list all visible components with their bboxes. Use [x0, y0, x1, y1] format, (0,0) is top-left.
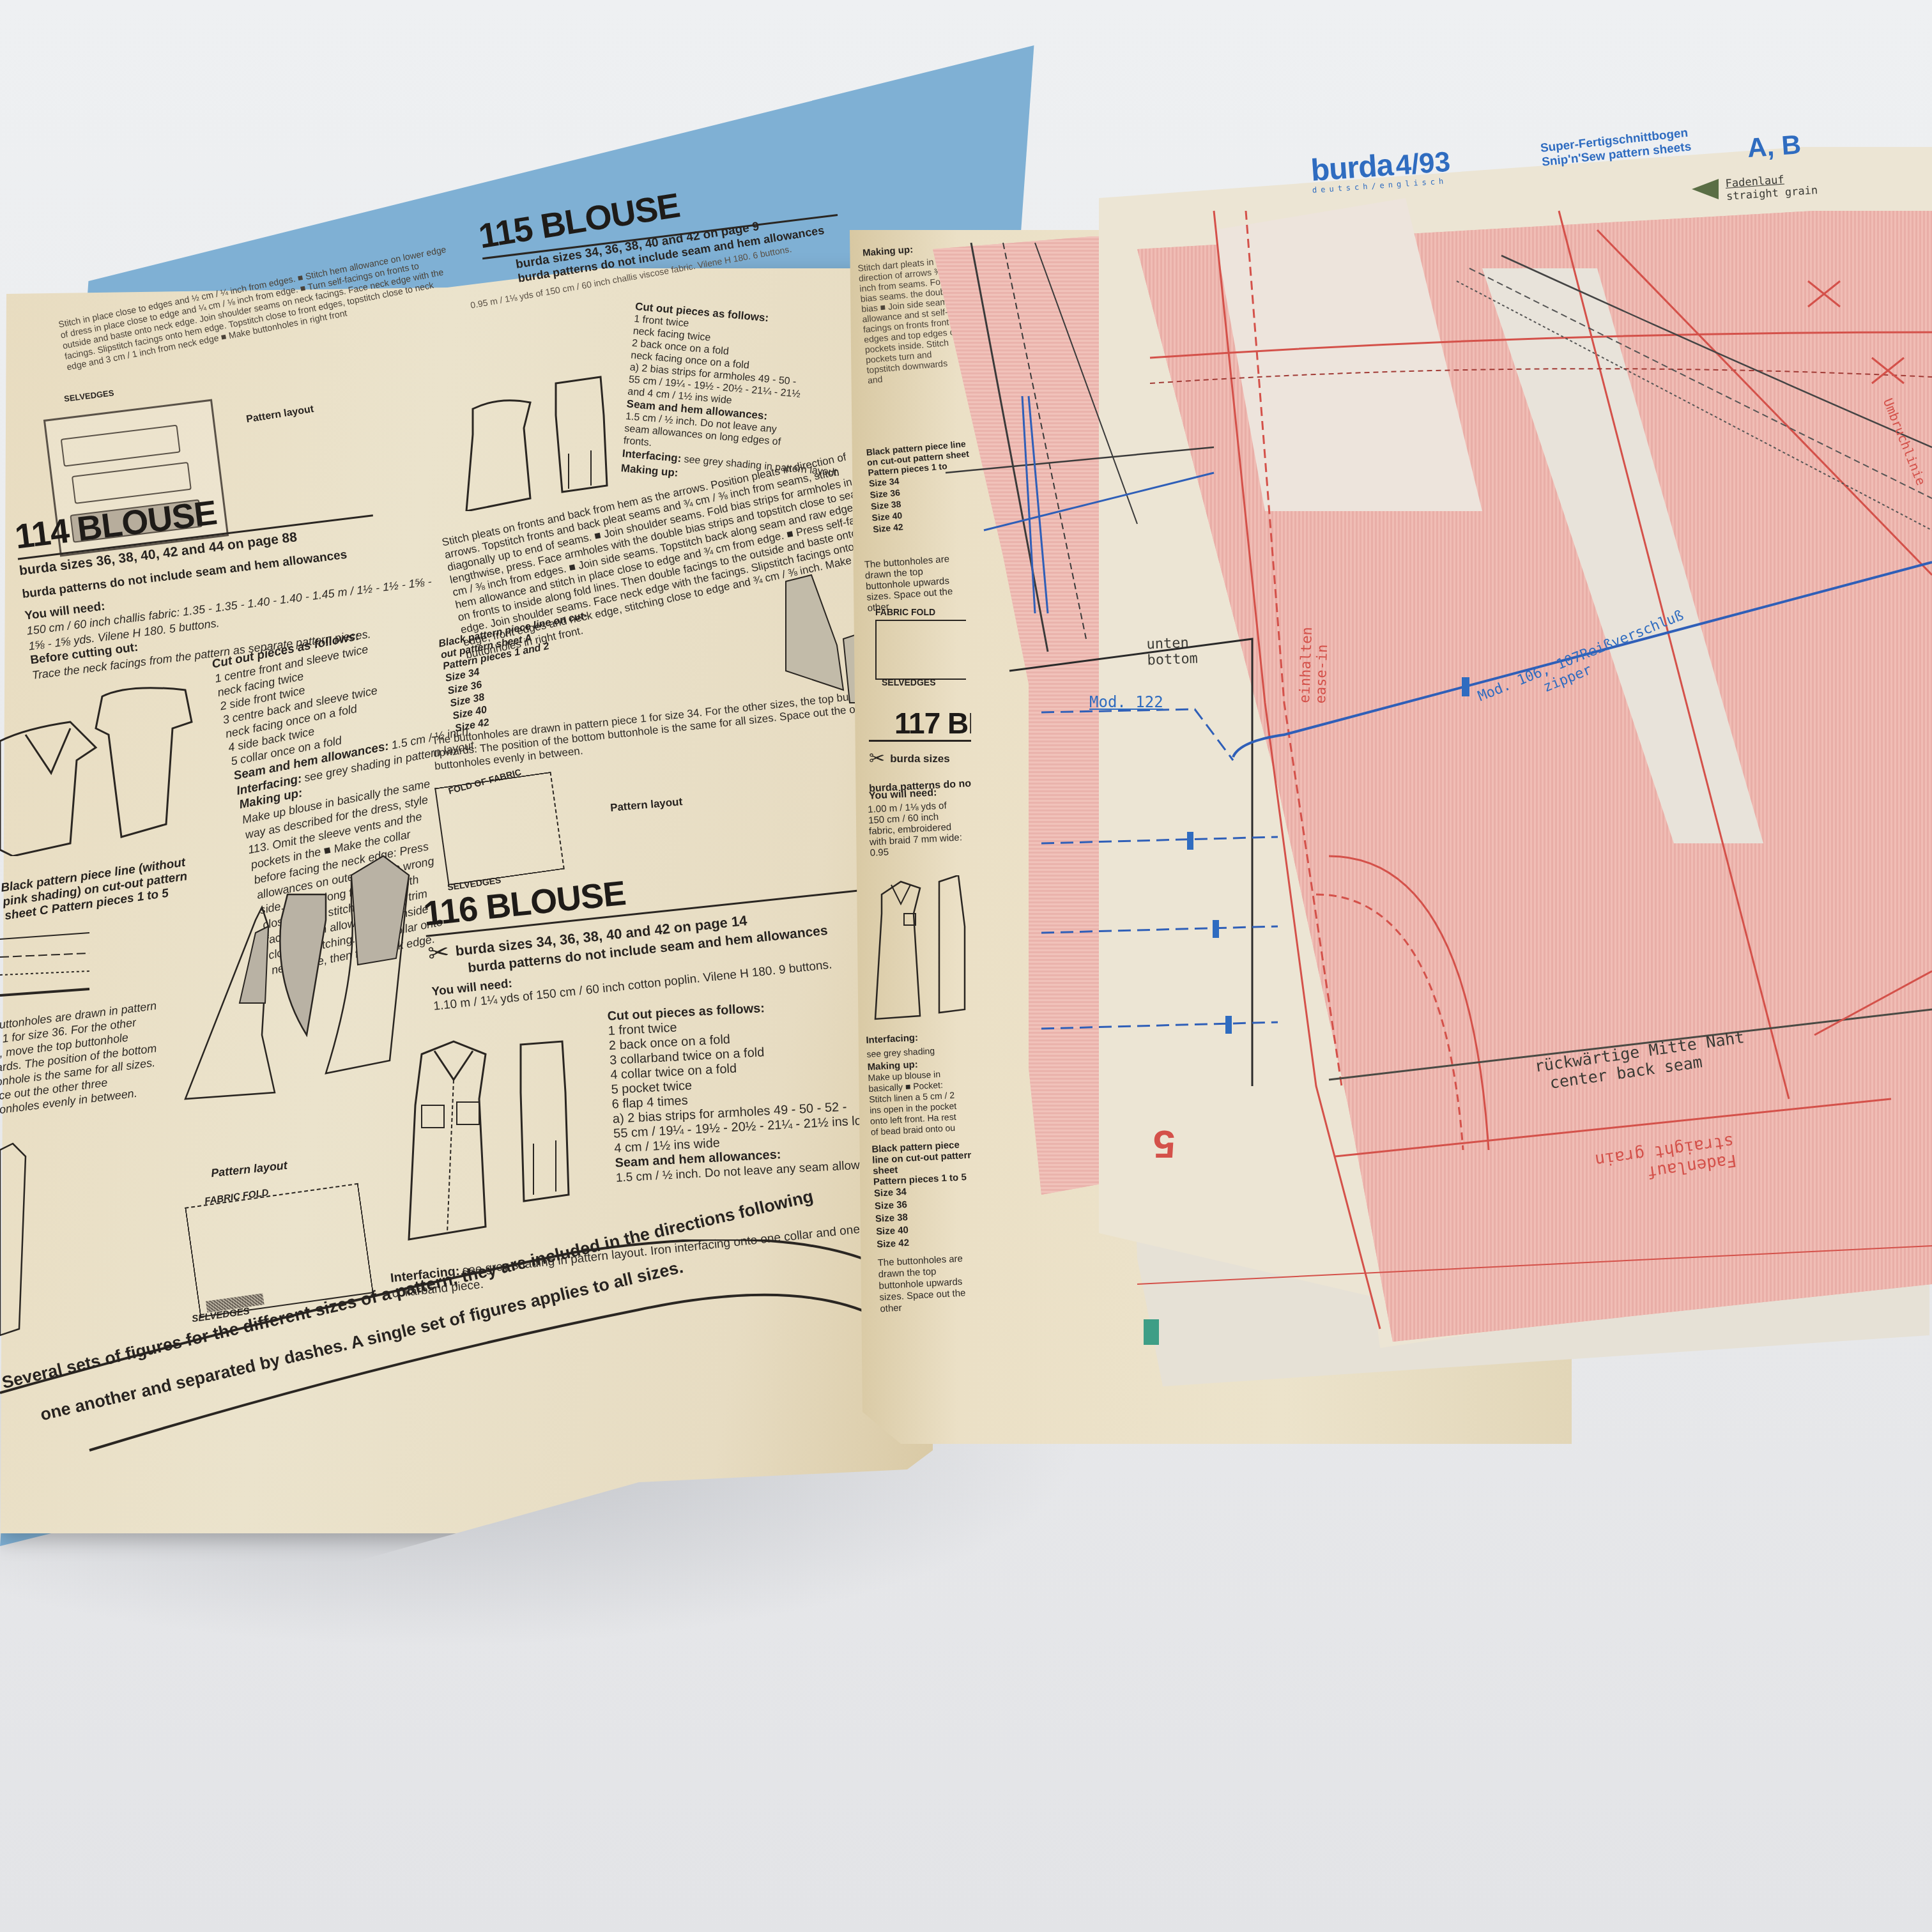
sheet-letters: A, B	[1746, 129, 1802, 164]
ease-in-label: einhalten ease-in	[1297, 627, 1331, 704]
bottom-en: bottom	[1147, 651, 1198, 669]
bottom-label: unten bottom	[1146, 635, 1198, 669]
pattern-piece-number: 5	[1153, 1121, 1175, 1167]
pattern-lines	[0, 0, 1932, 1932]
bottom-de: unten	[1146, 635, 1197, 653]
green-tab	[1144, 1319, 1159, 1345]
burda-issue: 4/93	[1395, 146, 1452, 181]
mod-122-label: Mod. 122	[1089, 693, 1163, 711]
ease-en: ease-in	[1313, 627, 1331, 704]
